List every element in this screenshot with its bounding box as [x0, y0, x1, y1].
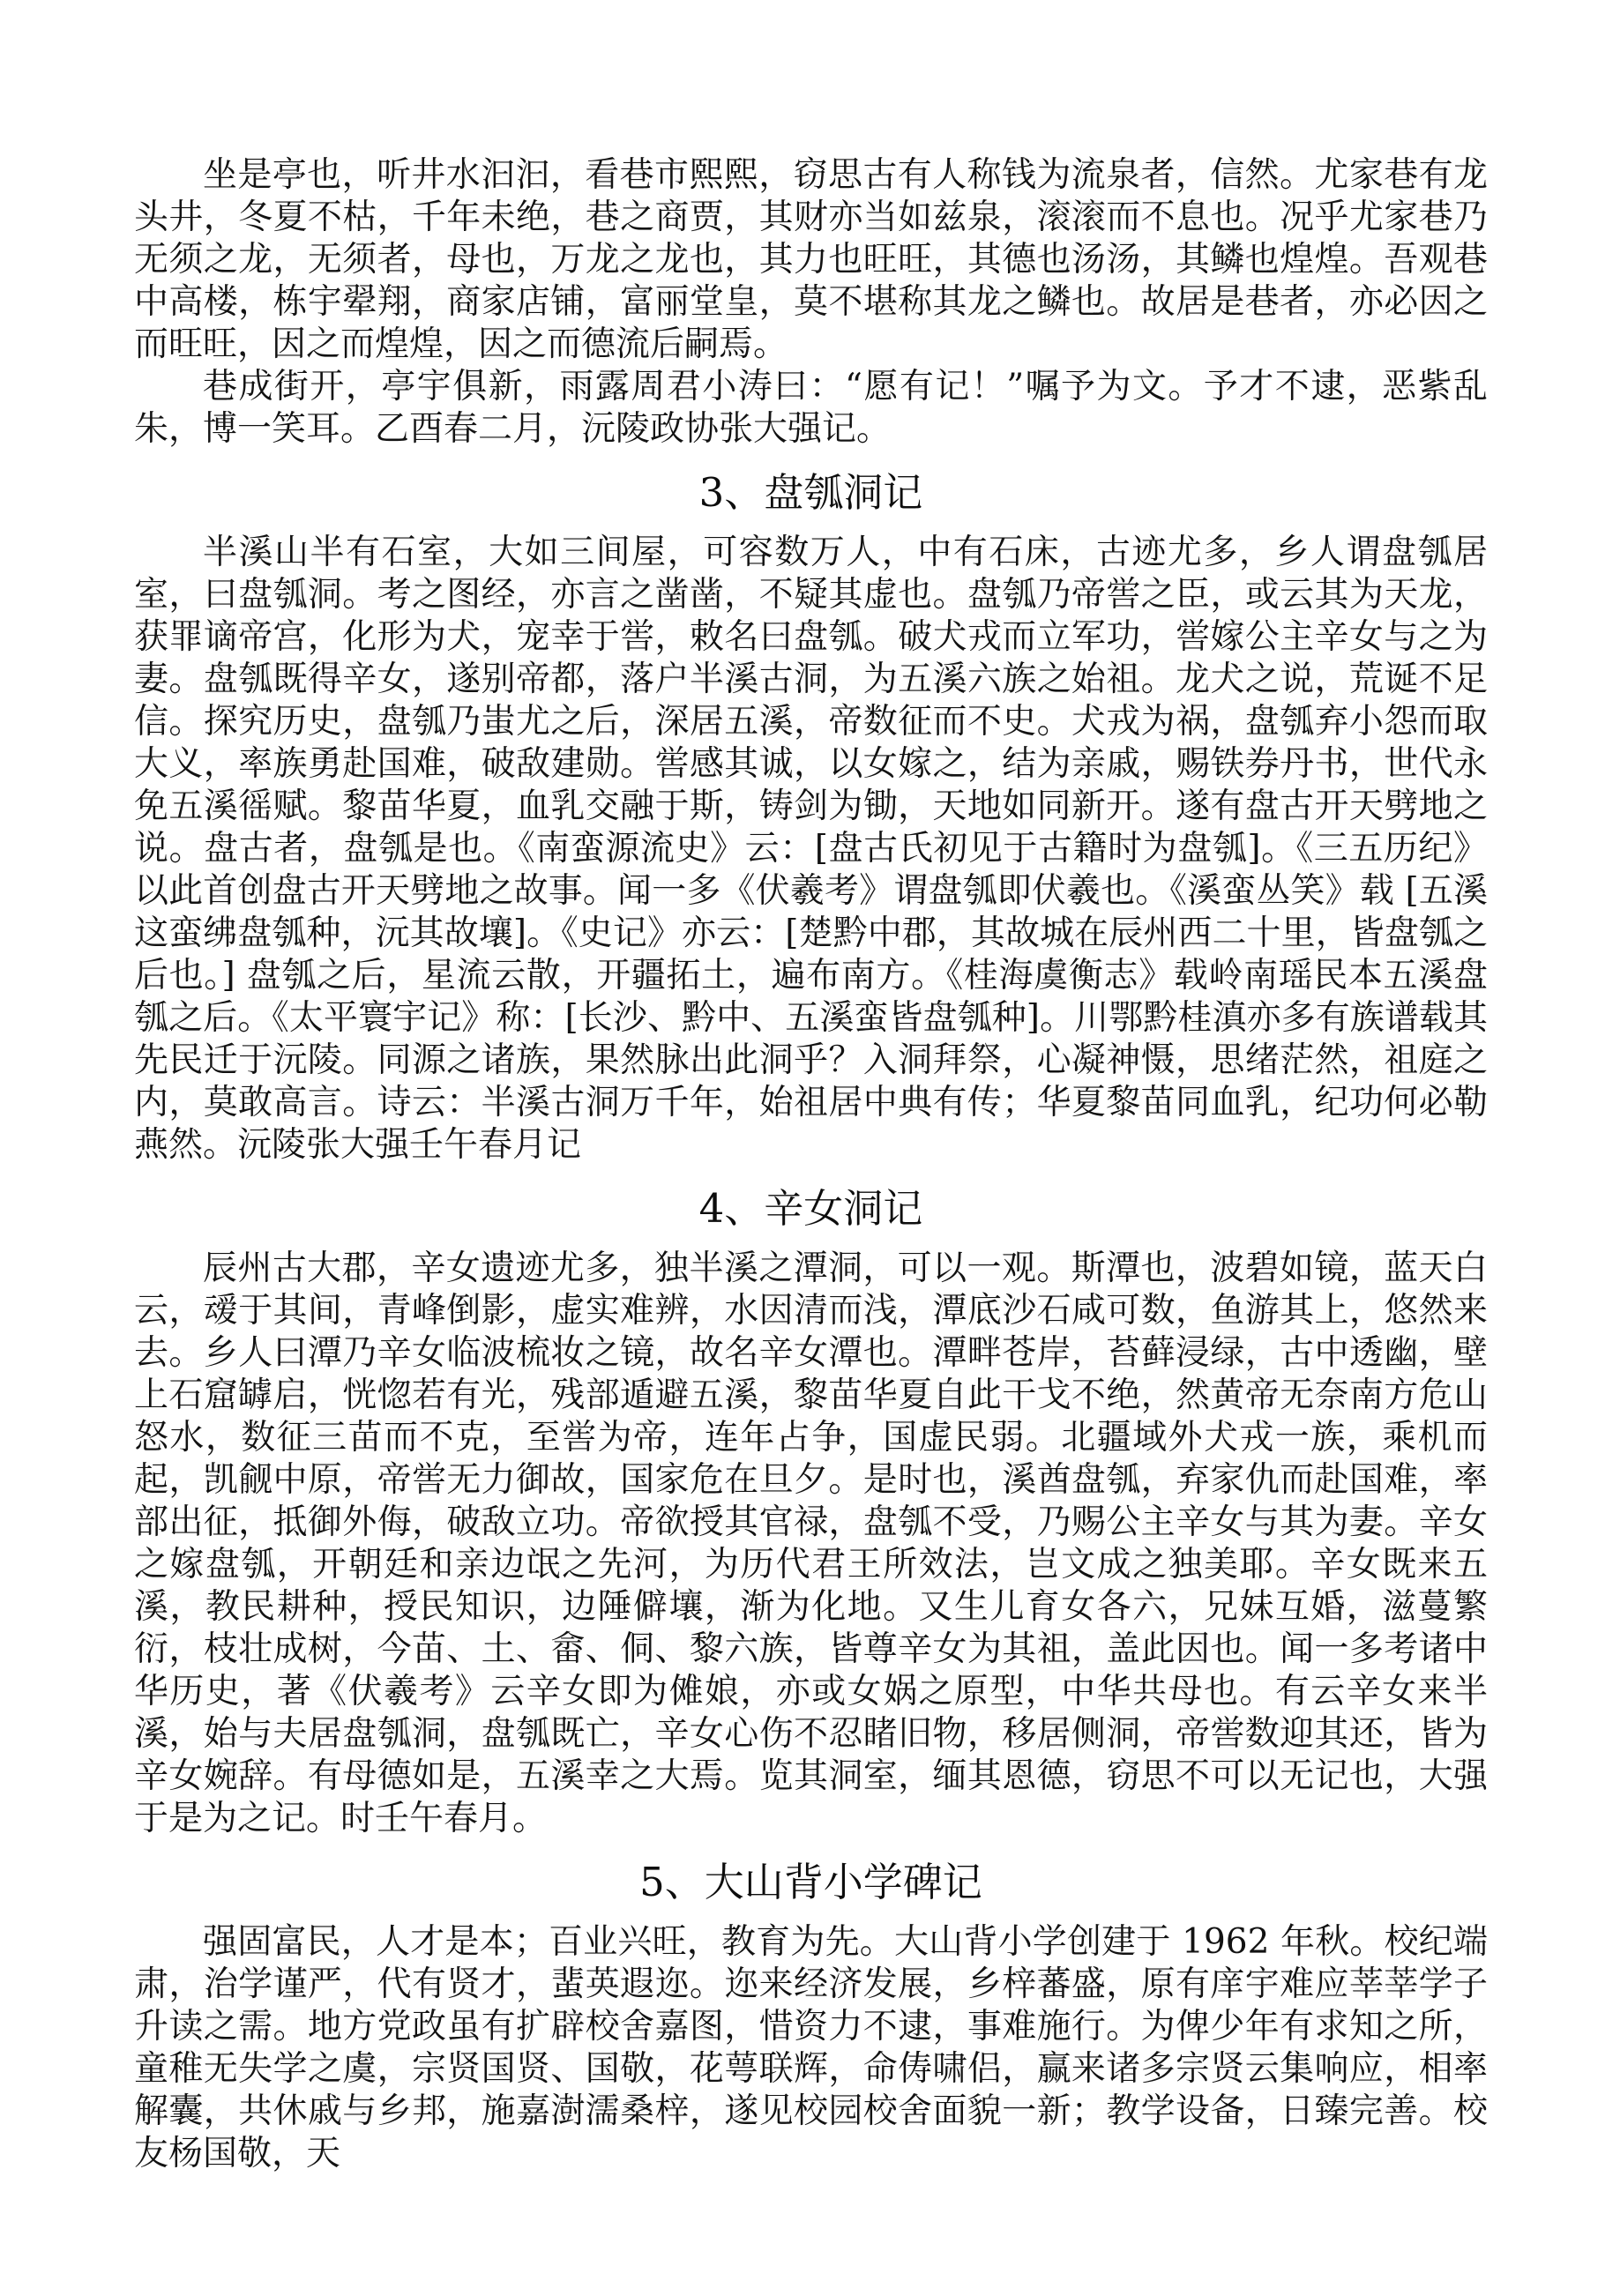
section-heading-dashanbei-school: 5、大山背小学碑记 [134, 1856, 1488, 1909]
body-paragraph: 辰州古大郡，辛女遗迹尤多，独半溪之潭洞，可以一观。斯潭也，波碧如镜，蓝天白云，叆… [134, 1248, 1488, 1840]
document-page: 坐是亭也，听井水汩汩，看巷市熙熙，窃思古有人称钱为流泉者，信然。尤家巷有龙头井，… [0, 0, 1620, 2296]
section-heading-xinnv-cave: 4、辛女洞记 [134, 1182, 1488, 1235]
body-paragraph: 半溪山半有石室，大如三间屋，可容数万人，中有石床，古迹尤多，乡人谓盘瓠居室，曰盘… [134, 532, 1488, 1167]
body-paragraph: 强固富民，人才是本；百业兴旺，教育为先。大山背小学创建于 1962 年秋。校纪端… [134, 1921, 1488, 2175]
section-heading-panhu-cave: 3、盘瓠洞记 [134, 466, 1488, 519]
body-paragraph: 坐是亭也，听井水汩汩，看巷市熙熙，窃思古有人称钱为流泉者，信然。尤家巷有龙头井，… [134, 154, 1488, 366]
body-paragraph: 巷成街开，亭宇俱新，雨露周君小涛曰：“愿有记！”嘱予为文。予才不逮，恶紫乱朱，博… [134, 366, 1488, 451]
